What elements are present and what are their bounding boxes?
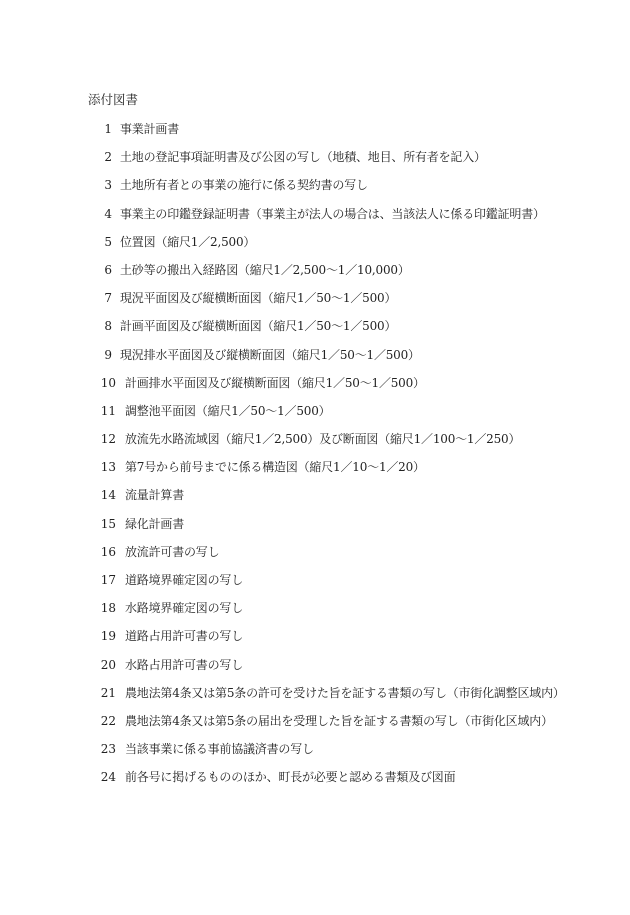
item-text: 流量計算書	[125, 487, 184, 503]
item-number: 10	[94, 375, 116, 391]
list-item: 16放流許可書の写し	[0, 544, 630, 572]
item-number: 8	[98, 318, 112, 334]
item-text: 水路占用許可書の写し	[125, 657, 243, 673]
list-item: 2土地の登記事項証明書及び公図の写し（地積、地目、所有者を記入）	[0, 149, 630, 177]
item-number: 22	[94, 713, 116, 729]
list-item: 18水路境界確定図の写し	[0, 600, 630, 628]
item-number: 21	[94, 685, 116, 701]
item-text: 現況平面図及び縦横断面図（縮尺1／50～1／500）	[120, 290, 396, 306]
item-text: 前各号に掲げるもののほか、町長が必要と認める書類及び図面	[125, 769, 455, 785]
item-text: 道路占用許可書の写し	[125, 628, 243, 644]
item-number: 3	[98, 177, 112, 193]
item-text: 農地法第4条又は第5条の届出を受理した旨を証する書類の写し（市街化区域内）	[125, 713, 553, 729]
item-text: 当該事業に係る事前協議済書の写し	[125, 741, 314, 757]
item-number: 14	[94, 487, 116, 503]
item-text: 計画排水平面図及び縦横断面図（縮尺1／50～1／500）	[125, 375, 425, 391]
item-text: 事業計画書	[120, 121, 179, 137]
item-text: 現況排水平面図及び縦横断面図（縮尺1／50～1／500）	[120, 347, 420, 363]
list-item: 9現況排水平面図及び縦横断面図（縮尺1／50～1／500）	[0, 347, 630, 375]
list-item: 8計画平面図及び縦横断面図（縮尺1／50～1／500）	[0, 318, 630, 346]
document-page: 添付図書 1事業計画書 2土地の登記事項証明書及び公図の写し（地積、地目、所有者…	[0, 0, 630, 915]
item-number: 5	[98, 234, 112, 250]
list-item: 23当該事業に係る事前協議済書の写し	[0, 741, 630, 769]
item-text: 土地所有者との事業の施行に係る契約書の写し	[120, 177, 368, 193]
item-number: 4	[98, 206, 112, 222]
item-text: 道路境界確定図の写し	[125, 572, 243, 588]
item-number: 2	[98, 149, 112, 165]
list-item: 10計画排水平面図及び縦横断面図（縮尺1／50～1／500）	[0, 375, 630, 403]
attachment-list: 1事業計画書 2土地の登記事項証明書及び公図の写し（地積、地目、所有者を記入） …	[0, 121, 630, 798]
list-item: 22農地法第4条又は第5条の届出を受理した旨を証する書類の写し（市街化区域内）	[0, 713, 630, 741]
item-number: 18	[94, 600, 116, 616]
item-number: 19	[94, 628, 116, 644]
item-number: 17	[94, 572, 116, 588]
item-text: 農地法第4条又は第5条の許可を受けた旨を証する書類の写し（市街化調整区域内）	[125, 685, 565, 701]
item-number: 24	[94, 769, 116, 785]
list-item: 14流量計算書	[0, 487, 630, 515]
item-number: 1	[98, 121, 112, 137]
item-number: 20	[94, 657, 116, 673]
list-item: 13第7号から前号までに係る構造図（縮尺1／10～1／20）	[0, 459, 630, 487]
list-item: 1事業計画書	[0, 121, 630, 149]
item-text: 緑化計画書	[125, 516, 184, 532]
item-text: 事業主の印鑑登録証明書（事業主が法人の場合は、当該法人に係る印鑑証明書）	[120, 206, 545, 222]
item-text: 第7号から前号までに係る構造図（縮尺1／10～1／20）	[125, 459, 425, 475]
list-item: 15緑化計画書	[0, 516, 630, 544]
item-text: 土砂等の搬出入経路図（縮尺1／2,500～1／10,000）	[120, 262, 410, 278]
item-number: 6	[98, 262, 112, 278]
item-number: 16	[94, 544, 116, 560]
item-number: 9	[98, 347, 112, 363]
list-item: 5位置図（縮尺1／2,500）	[0, 234, 630, 262]
item-text: 位置図（縮尺1／2,500）	[120, 234, 255, 250]
list-item: 12放流先水路流域図（縮尺1／2,500）及び断面図（縮尺1／100～1／250…	[0, 431, 630, 459]
list-item: 24前各号に掲げるもののほか、町長が必要と認める書類及び図面	[0, 769, 630, 797]
document-title: 添付図書	[88, 92, 138, 108]
list-item: 17道路境界確定図の写し	[0, 572, 630, 600]
item-number: 13	[94, 459, 116, 475]
list-item: 7現況平面図及び縦横断面図（縮尺1／50～1／500）	[0, 290, 630, 318]
list-item: 11調整池平面図（縮尺1／50～1／500）	[0, 403, 630, 431]
list-item: 6土砂等の搬出入経路図（縮尺1／2,500～1／10,000）	[0, 262, 630, 290]
list-item: 3土地所有者との事業の施行に係る契約書の写し	[0, 177, 630, 205]
item-text: 放流許可書の写し	[125, 544, 219, 560]
item-text: 水路境界確定図の写し	[125, 600, 243, 616]
item-number: 12	[94, 431, 116, 447]
item-text: 土地の登記事項証明書及び公図の写し（地積、地目、所有者を記入）	[120, 149, 486, 165]
list-item: 19道路占用許可書の写し	[0, 628, 630, 656]
item-number: 15	[94, 516, 116, 532]
list-item: 21農地法第4条又は第5条の許可を受けた旨を証する書類の写し（市街化調整区域内）	[0, 685, 630, 713]
list-item: 20水路占用許可書の写し	[0, 657, 630, 685]
item-number: 11	[94, 403, 116, 419]
list-item: 4事業主の印鑑登録証明書（事業主が法人の場合は、当該法人に係る印鑑証明書）	[0, 206, 630, 234]
item-text: 調整池平面図（縮尺1／50～1／500）	[125, 403, 330, 419]
item-number: 23	[94, 741, 116, 757]
item-text: 計画平面図及び縦横断面図（縮尺1／50～1／500）	[120, 318, 396, 334]
item-text: 放流先水路流域図（縮尺1／2,500）及び断面図（縮尺1／100～1／250）	[125, 431, 520, 447]
item-number: 7	[98, 290, 112, 306]
